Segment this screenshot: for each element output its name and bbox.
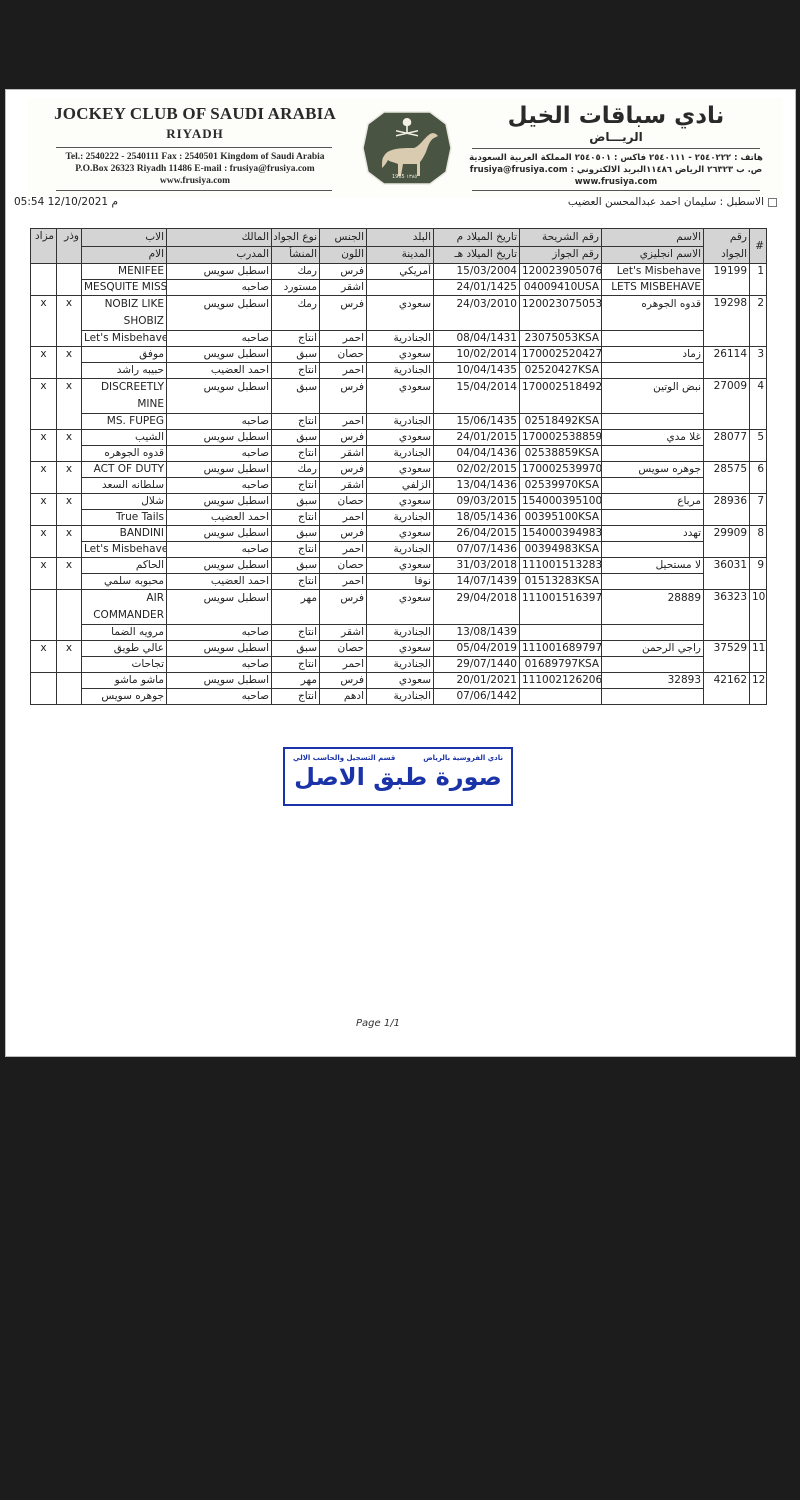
header-sex: الجنس <box>320 229 367 247</box>
trainer: صاحبه <box>167 625 272 641</box>
country: سعودي <box>367 673 434 689</box>
checkbox-icon <box>768 198 777 207</box>
page-number: Page 1/1 <box>356 1018 400 1029</box>
row-index: 9 <box>750 558 767 590</box>
auction-flag: x <box>31 558 57 590</box>
origin: انتاج <box>272 625 320 641</box>
dob-gregorian: 15/03/2004 <box>434 264 520 280</box>
table-row-sub: 01689797KSA29/07/1440الجنادريةاحمرانتاجص… <box>31 657 767 673</box>
horse-name: نبض الوتين <box>602 379 704 414</box>
header-dob-h: تاريخ الميلاد هـ <box>434 246 520 264</box>
table-row: 219298قدوه الجوهره12002307505324/03/2010… <box>31 296 767 331</box>
horse-id: 37529 <box>704 641 750 673</box>
dam: MESQUITE MISS <box>82 280 167 296</box>
letterhead-arabic: نادي سباقات الخيل الريـــاض هاتف : ٢٥٤٠٢… <box>466 102 766 191</box>
origin: انتاج <box>272 478 320 494</box>
dob-hijri: 14/07/1439 <box>434 574 520 590</box>
horse-type: رمك <box>272 296 320 331</box>
header-city: المدينة <box>367 246 434 264</box>
horse-id: 27009 <box>704 379 750 430</box>
dam: Let's Misbehave <box>82 331 167 347</box>
horse-name-en <box>602 446 704 462</box>
trainer: احمد العضيب <box>167 574 272 590</box>
country: سعودي <box>367 379 434 414</box>
stable-name-text: الاسطبل : سليمان احمد عبدالمحسن العضيب <box>568 196 764 208</box>
horse-name: جوهره سويس <box>602 462 704 478</box>
dam: True Tails <box>82 510 167 526</box>
city: الجنادرية <box>367 625 434 641</box>
dam: جوهره سويس <box>82 689 167 705</box>
letterhead: JOCKEY CLUB OF SAUDI ARABIA RIYADH Tel.:… <box>28 98 783 198</box>
table-row: 728936مرباع15400039510009/03/2015سعوديحص… <box>31 494 767 510</box>
sire: ACT OF DUTY <box>82 462 167 478</box>
sire: موفق <box>82 347 167 363</box>
contact-line-ar-1: هاتف : ٢٥٤٠٢٢٢ - ٢٥٤٠١١١ فاكس : ٢٥٤٠٥٠١ … <box>466 152 766 164</box>
origin: مستورد <box>272 280 320 296</box>
table-row: 119199Let's Misbehave12002390507615/03/2… <box>31 264 767 280</box>
country: سعودي <box>367 558 434 574</box>
color: احمر <box>320 331 367 347</box>
owner: اسطبل سويس <box>167 590 272 625</box>
table-row-sub: 02538859KSA04/04/1436الجنادريةاشقرانتاجص… <box>31 446 767 462</box>
dam: قدوه الجوهره <box>82 446 167 462</box>
table-row-sub: 00394983KSA07/07/1436الجنادريةاحمرانتاجص… <box>31 542 767 558</box>
country: سعودي <box>367 347 434 363</box>
horse-id: 36323 <box>704 590 750 641</box>
auction-flag: x <box>31 296 57 347</box>
wathr-flag: x <box>57 558 82 590</box>
print-datetime: 05:54 12/10/2021 م <box>14 196 118 208</box>
wathr-flag: x <box>57 494 82 526</box>
table-row-sub: 23075053KSA08/04/1431الجنادريةاحمرانتاجص… <box>31 331 767 347</box>
origin: انتاج <box>272 510 320 526</box>
table-row: 936031لا مستحيل11100151328331/03/2018سعو… <box>31 558 767 574</box>
horse-name: 28889 <box>602 590 704 625</box>
chip-number: 170002538859 <box>520 430 602 446</box>
dob-hijri: 13/08/1439 <box>434 625 520 641</box>
origin: انتاج <box>272 414 320 430</box>
city: الزلفي <box>367 478 434 494</box>
stamp-club: نادي الفروسية بالرياض <box>423 754 503 762</box>
dam: MS. FUPEG <box>82 414 167 430</box>
horse-id: 29909 <box>704 526 750 558</box>
sire: DISCREETLY MINE <box>82 379 167 414</box>
origin: انتاج <box>272 363 320 379</box>
passport-number: 02539970KSA <box>520 478 602 494</box>
color: احمر <box>320 574 367 590</box>
horse-name: تهدد <box>602 526 704 542</box>
header-color: اللون <box>320 246 367 264</box>
sire: NOBIZ LIKE SHOBIZ <box>82 296 167 331</box>
table-row: 427009نبض الوتين17000251849215/04/2014سع… <box>31 379 767 414</box>
horse-name-en <box>602 542 704 558</box>
city: نوفا <box>367 574 434 590</box>
club-logo: 1965 ١٣٨٥ <box>362 110 452 186</box>
chip-number: 120023075053 <box>520 296 602 331</box>
contact-line-en-2: P.O.Box 26323 Riyadh 11486 E-mail : frus… <box>50 163 340 175</box>
table-row: 12421623289311100212620620/01/2021سعوديف… <box>31 673 767 689</box>
horse-name: مرباع <box>602 494 704 510</box>
horse-id: 28077 <box>704 430 750 462</box>
color: اشقر <box>320 446 367 462</box>
dob-gregorian: 24/01/2015 <box>434 430 520 446</box>
country: سعودي <box>367 641 434 657</box>
owner: اسطبل سويس <box>167 641 272 657</box>
chip-number: 170002518492 <box>520 379 602 414</box>
row-index: 2 <box>750 296 767 347</box>
horse-id: 28936 <box>704 494 750 526</box>
dob-gregorian: 29/04/2018 <box>434 590 520 625</box>
horse-name-en <box>602 414 704 430</box>
table-row-sub: 07/06/1442الجنادريةادهمانتاجصاحبهجوهره س… <box>31 689 767 705</box>
stamp-main-text: صورة طبق الاصل <box>285 762 511 792</box>
horse-type: سبق <box>272 526 320 542</box>
color: احمر <box>320 657 367 673</box>
trainer: صاحبه <box>167 689 272 705</box>
dob-hijri: 07/06/1442 <box>434 689 520 705</box>
wathr-flag <box>57 673 82 705</box>
owner: اسطبل سويس <box>167 526 272 542</box>
table-row-sub: 01513283KSA14/07/1439نوفااحمرانتاجاحمد ا… <box>31 574 767 590</box>
horse-id: 28575 <box>704 462 750 494</box>
sire: عالي طويق <box>82 641 167 657</box>
dam: حبيبه راشد <box>82 363 167 379</box>
contact-line-ar-2: ص. ب ٢٦٣٢٣ الرياض ١١٤٨٦البريد الالكتروني… <box>466 164 766 176</box>
auction-flag: x <box>31 462 57 494</box>
horse-id: 19298 <box>704 296 750 347</box>
trainer: صاحبه <box>167 478 272 494</box>
horse-name-en <box>602 510 704 526</box>
chip-number: 154000394983 <box>520 526 602 542</box>
owner: اسطبل سويس <box>167 558 272 574</box>
horse-id: 26114 <box>704 347 750 379</box>
auction-flag <box>31 673 57 705</box>
header-type: نوع الجواد <box>272 229 320 247</box>
table-row: 528077غلا مدي17000253885924/01/2015سعودي… <box>31 430 767 446</box>
header-dam: الام <box>82 246 167 264</box>
header-passport: رقم الجواز <box>520 246 602 264</box>
chip-number: 111002126206 <box>520 673 602 689</box>
horse-name: زماد <box>602 347 704 363</box>
horse-id: 19199 <box>704 264 750 296</box>
header-trainer: المدرب <box>167 246 272 264</box>
divider <box>56 147 332 148</box>
sex: فرس <box>320 430 367 446</box>
chip-number: 170002539970 <box>520 462 602 478</box>
owner: اسطبل سويس <box>167 673 272 689</box>
table-row: 326114زماد17000252042710/02/2014سعوديحصا… <box>31 347 767 363</box>
dob-gregorian: 31/03/2018 <box>434 558 520 574</box>
dob-hijri: 24/01/1425 <box>434 280 520 296</box>
origin: انتاج <box>272 446 320 462</box>
chip-number: 111001513283 <box>520 558 602 574</box>
sire: شلال <box>82 494 167 510</box>
dob-gregorian: 09/03/2015 <box>434 494 520 510</box>
color: احمر <box>320 510 367 526</box>
table-row: 10363232888911100151639729/04/2018سعوديف… <box>31 590 767 625</box>
sex: فرس <box>320 264 367 280</box>
trainer: صاحبه <box>167 657 272 673</box>
divider <box>472 190 760 191</box>
table-row: 1137529راجي الرحمن11100168979705/04/2019… <box>31 641 767 657</box>
dob-hijri: 15/06/1435 <box>434 414 520 430</box>
contact-line-en-1: Tel.: 2540222 - 2540111 Fax : 2540501 Ki… <box>50 151 340 163</box>
table-row-sub: 02539970KSA13/04/1436الزلفياشقرانتاجصاحب… <box>31 478 767 494</box>
city: الجنادرية <box>367 510 434 526</box>
header-name: الاسم <box>602 229 704 247</box>
dob-gregorian: 20/01/2021 <box>434 673 520 689</box>
owner: اسطبل سويس <box>167 462 272 478</box>
wathr-flag: x <box>57 462 82 494</box>
color: ادهم <box>320 689 367 705</box>
passport-number: 00395100KSA <box>520 510 602 526</box>
table-row-sub: 00395100KSA18/05/1436الجنادريةاحمرانتاجا… <box>31 510 767 526</box>
origin: انتاج <box>272 689 320 705</box>
row-index: 5 <box>750 430 767 462</box>
logo-years: 1965 ١٣٨٥ <box>392 174 417 180</box>
horse-name: 32893 <box>602 673 704 689</box>
header-owner: المالك <box>167 229 272 247</box>
row-index: 3 <box>750 347 767 379</box>
trainer: احمد العضيب <box>167 363 272 379</box>
auction-flag: x <box>31 494 57 526</box>
auction-flag: x <box>31 430 57 462</box>
passport-number <box>520 689 602 705</box>
sex: حصان <box>320 558 367 574</box>
passport-number: 02538859KSA <box>520 446 602 462</box>
stable-name: الاسطبل : سليمان احمد عبدالمحسن العضيب <box>568 196 777 208</box>
header-name-en: الاسم انجليزي <box>602 246 704 264</box>
row-index: 1 <box>750 264 767 296</box>
color: احمر <box>320 363 367 379</box>
sire: MENIFEE <box>82 264 167 280</box>
passport-number: 02518492KSA <box>520 414 602 430</box>
sire: الحاكم <box>82 558 167 574</box>
country: أمريكي <box>367 264 434 280</box>
city: الجنادرية <box>367 657 434 673</box>
dob-hijri: 10/04/1435 <box>434 363 520 379</box>
horse-id: 42162 <box>704 673 750 705</box>
club-name-ar: نادي سباقات الخيل <box>466 102 766 130</box>
country: سعودي <box>367 526 434 542</box>
horse-type: رمك <box>272 264 320 280</box>
auction-flag: x <box>31 526 57 558</box>
horse-type: سبق <box>272 347 320 363</box>
sire: ماشو ماشو <box>82 673 167 689</box>
dob-gregorian: 15/04/2014 <box>434 379 520 414</box>
owner: اسطبل سويس <box>167 379 272 414</box>
horse-type: سبق <box>272 494 320 510</box>
sex: حصان <box>320 641 367 657</box>
horse-type: سبق <box>272 558 320 574</box>
document-page: JOCKEY CLUB OF SAUDI ARABIA RIYADH Tel.:… <box>5 89 796 1057</box>
horse-type: رمك <box>272 462 320 478</box>
website-en: www.frusiya.com <box>50 175 340 187</box>
sex: حصان <box>320 347 367 363</box>
wathr-flag <box>57 590 82 641</box>
sire: BANDINI <box>82 526 167 542</box>
passport-number: 04009410USA <box>520 280 602 296</box>
dob-hijri: 18/05/1436 <box>434 510 520 526</box>
table-row-sub: LETS MISBEHAVE04009410USA24/01/1425اشقرم… <box>31 280 767 296</box>
horse-name: لا مستحيل <box>602 558 704 574</box>
color: اشقر <box>320 625 367 641</box>
trainer: صاحبه <box>167 542 272 558</box>
dob-gregorian: 24/03/2010 <box>434 296 520 331</box>
dob-hijri: 04/04/1436 <box>434 446 520 462</box>
owner: اسطبل سويس <box>167 296 272 331</box>
passport-number: 23075053KSA <box>520 331 602 347</box>
header-sire: الاب <box>82 229 167 247</box>
certified-copy-stamp: نادي الفروسية بالرياضقسم التسجيل والحاسب… <box>283 747 513 806</box>
country: سعودي <box>367 430 434 446</box>
horse-type: سبق <box>272 641 320 657</box>
sex: فرس <box>320 379 367 414</box>
chip-number: 154000395100 <box>520 494 602 510</box>
horse-name-en <box>602 625 704 641</box>
table-row-sub: 02518492KSA15/06/1435الجنادريةاحمرانتاجص… <box>31 414 767 430</box>
divider <box>56 190 332 191</box>
wathr-flag: x <box>57 526 82 558</box>
row-index: 7 <box>750 494 767 526</box>
horse-name-en <box>602 331 704 347</box>
wathr-flag: x <box>57 296 82 347</box>
trainer: صاحبه <box>167 331 272 347</box>
origin: انتاج <box>272 574 320 590</box>
trainer: احمد العضيب <box>167 510 272 526</box>
origin: انتاج <box>272 331 320 347</box>
owner: اسطبل سويس <box>167 264 272 280</box>
horse-name-en: LETS MISBEHAVE <box>602 280 704 296</box>
wathr-flag: x <box>57 430 82 462</box>
row-index: 8 <box>750 526 767 558</box>
dob-hijri: 08/04/1431 <box>434 331 520 347</box>
horse-name: راجي الرحمن <box>602 641 704 657</box>
header-horse-id: رقم الجواد <box>704 229 750 264</box>
website-ar: www.frusiya.com <box>466 176 766 188</box>
origin: انتاج <box>272 542 320 558</box>
horse-name-en <box>602 657 704 673</box>
header-origin: المنشأ <box>272 246 320 264</box>
auction-flag: x <box>31 347 57 379</box>
color: احمر <box>320 542 367 558</box>
auction-flag: x <box>31 379 57 430</box>
country: سعودي <box>367 296 434 331</box>
city: الجنادرية <box>367 331 434 347</box>
chip-number: 170002520427 <box>520 347 602 363</box>
city: الجنادرية <box>367 363 434 379</box>
row-index: 10 <box>750 590 767 641</box>
horse-name: غلا مدي <box>602 430 704 446</box>
horse-register-table: # رقم الجواد الاسم رقم الشريحة تاريخ الم… <box>30 228 767 705</box>
chip-number: 111001689797 <box>520 641 602 657</box>
passport-number: 02520427KSA <box>520 363 602 379</box>
header-chip: رقم الشريحة <box>520 229 602 247</box>
passport-number <box>520 625 602 641</box>
horse-type: مهر <box>272 673 320 689</box>
wathr-flag: x <box>57 641 82 673</box>
sex: فرس <box>320 590 367 625</box>
trainer: صاحبه <box>167 414 272 430</box>
auction-flag <box>31 264 57 296</box>
table-row: 628575جوهره سويس17000253997002/02/2015سع… <box>31 462 767 478</box>
city <box>367 280 434 296</box>
city: الجنادرية <box>367 446 434 462</box>
dob-hijri: 07/07/1436 <box>434 542 520 558</box>
table-row-sub: 02520427KSA10/04/1435الجنادريةاحمرانتاجا… <box>31 363 767 379</box>
trainer: صاحبه <box>167 280 272 296</box>
horse-type: سبق <box>272 379 320 414</box>
divider <box>472 148 760 149</box>
horse-name: Let's Misbehave <box>602 264 704 280</box>
dob-gregorian: 26/04/2015 <box>434 526 520 542</box>
table-row-sub: 13/08/1439الجنادريةاشقرانتاجصاحبهمرويه ا… <box>31 625 767 641</box>
horse-type: مهر <box>272 590 320 625</box>
sex: فرس <box>320 462 367 478</box>
dob-hijri: 13/04/1436 <box>434 478 520 494</box>
horse-name-en <box>602 689 704 705</box>
color: اشقر <box>320 478 367 494</box>
row-index: 11 <box>750 641 767 673</box>
sex: فرس <box>320 296 367 331</box>
color: احمر <box>320 414 367 430</box>
row-index: 6 <box>750 462 767 494</box>
header-country: البلد <box>367 229 434 247</box>
row-index: 12 <box>750 673 767 705</box>
sire: AIR COMMANDER <box>82 590 167 625</box>
auction-flag: x <box>31 641 57 673</box>
header-index: # <box>750 229 767 264</box>
wathr-flag <box>57 264 82 296</box>
chip-number: 111001516397 <box>520 590 602 625</box>
city: الجنادرية <box>367 414 434 430</box>
country: سعودي <box>367 590 434 625</box>
dob-gregorian: 02/02/2015 <box>434 462 520 478</box>
city: الجنادرية <box>367 542 434 558</box>
header-auction: مزاد <box>31 229 57 264</box>
dam: Let's Misbehave <box>82 542 167 558</box>
club-city-ar: الريـــاض <box>466 130 766 144</box>
passport-number: 01689797KSA <box>520 657 602 673</box>
horse-type: سبق <box>272 430 320 446</box>
sex: فرس <box>320 526 367 542</box>
horse-name-en <box>602 363 704 379</box>
header-wathr: وذر <box>57 229 82 264</box>
row-index: 4 <box>750 379 767 430</box>
horse-name: قدوه الجوهره <box>602 296 704 331</box>
header-row-1: # رقم الجواد الاسم رقم الشريحة تاريخ الم… <box>31 229 767 247</box>
dob-hijri: 29/07/1440 <box>434 657 520 673</box>
chip-number: 120023905076 <box>520 264 602 280</box>
club-name-en: JOCKEY CLUB OF SAUDI ARABIA <box>50 104 340 124</box>
horse-name-en <box>602 478 704 494</box>
horse-name-en <box>602 574 704 590</box>
sex: فرس <box>320 673 367 689</box>
wathr-flag: x <box>57 347 82 379</box>
owner: اسطبل سويس <box>167 430 272 446</box>
header-row-2: الاسم انجليزي رقم الجواز تاريخ الميلاد ه… <box>31 246 767 264</box>
country: سعودي <box>367 462 434 478</box>
passport-number: 01513283KSA <box>520 574 602 590</box>
dam: تجاحات <box>82 657 167 673</box>
horse-id: 36031 <box>704 558 750 590</box>
dob-gregorian: 05/04/2019 <box>434 641 520 657</box>
dam: محبوبه سلمي <box>82 574 167 590</box>
header-dob-g: تاريخ الميلاد م <box>434 229 520 247</box>
sex: حصان <box>320 494 367 510</box>
wathr-flag: x <box>57 379 82 430</box>
dob-gregorian: 10/02/2014 <box>434 347 520 363</box>
